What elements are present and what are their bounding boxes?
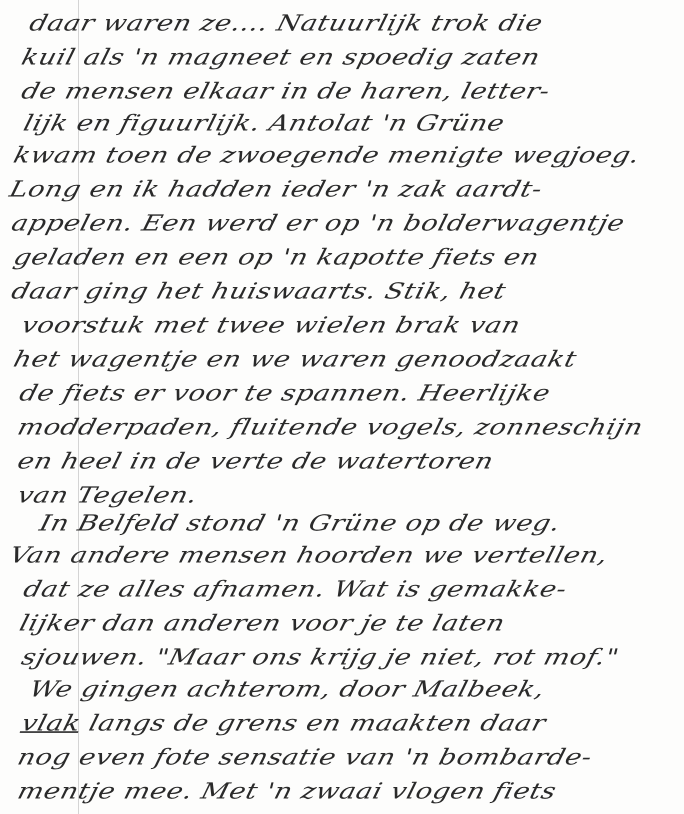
text-line-15: van Tegelen.: [15, 483, 200, 508]
text-line-4: lijk en figuurlijk. Antolat 'n Grüne: [21, 111, 507, 136]
text-line-23: nog even fote sensatie van 'n bombarde-: [15, 745, 595, 770]
handwritten-page: daar waren ze.... Natuurlijk trok die ku…: [0, 0, 684, 814]
underlined-word: vlak: [19, 711, 84, 736]
text-line-20: sjouwen. "Maar ons krijg je niet, rot mo…: [19, 645, 622, 670]
text-line-3: de mensen elkaar in de haren, letter-: [19, 79, 553, 104]
text-line-11: het wagentje en we waren genoodzaakt: [11, 347, 580, 372]
text-line-24: mentje mee. Met 'n zwaai vlogen fiets: [15, 779, 559, 804]
text-line-21: We gingen achterom, door Malbeek,: [27, 677, 548, 702]
text-line-12: de fiets er voor te spannen. Heerlijke: [17, 381, 553, 406]
text-line-7: appelen. Een werd er op 'n bolderwagentj…: [9, 211, 628, 236]
text-line-14: en heel in de verte de watertoren: [15, 449, 497, 474]
text-line-19: lijker dan anderen voor je te laten: [17, 611, 508, 636]
text-line-22: vlak langs de grens en maakten daar: [19, 711, 549, 736]
text-line-17: Van andere mensen hoorden we vertellen,: [7, 543, 611, 568]
text-line-10: voorstuk met twee wielen brak van: [19, 313, 523, 338]
text-line-6: Long en ik hadden ieder 'n zak aardt-: [7, 177, 545, 202]
text-line-13: modderpaden, fluitende vogels, zonneschi…: [15, 415, 646, 440]
text-line-5: kwam toen de zwoegende menigte wegjoeg.: [11, 143, 643, 168]
text-line-16: In Belfeld stond 'n Grüne op de weg.: [37, 511, 563, 536]
text-line-1: daar waren ze.... Natuurlijk trok die: [27, 11, 546, 36]
text-line-2: kuil als 'n magneet en spoedig zaten: [19, 45, 543, 70]
text-line-18: dat ze alles afnamen. Wat is gemakke-: [21, 577, 570, 602]
text-line-22-rest: langs de grens en maakten daar: [77, 711, 548, 736]
text-line-8: geladen en een op 'n kapotte fiets en: [11, 245, 542, 270]
text-line-9: daar ging het huiswaarts. Stik, het: [9, 279, 509, 304]
